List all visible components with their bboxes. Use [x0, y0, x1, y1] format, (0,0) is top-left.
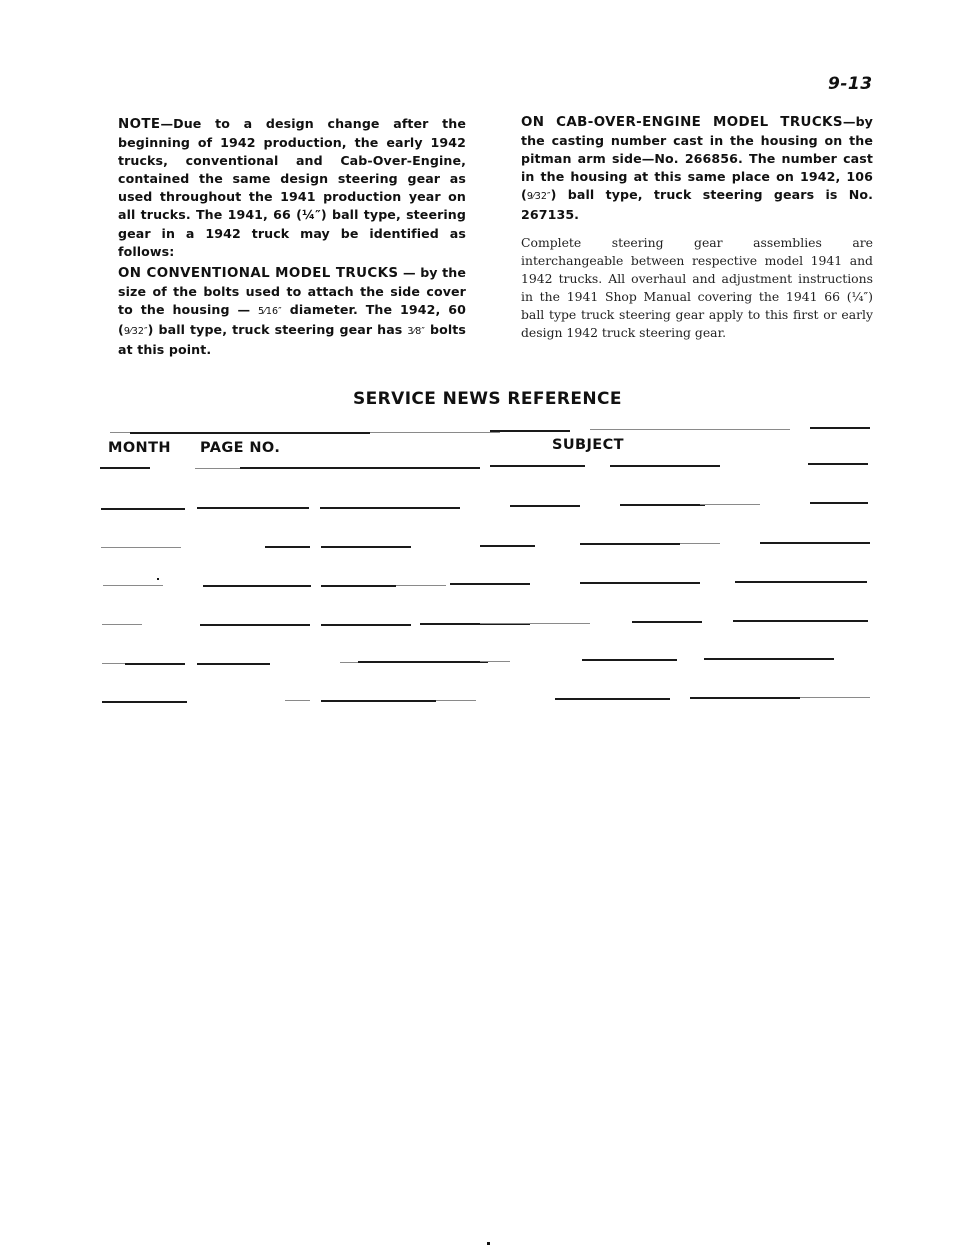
- conventional-paragraph: ON CONVENTIONAL MODEL TRUCKS — by the si…: [118, 264, 466, 359]
- ruled-line: [240, 467, 480, 469]
- ruled-line: [632, 621, 702, 623]
- ruled-line: [620, 504, 705, 506]
- ruled-line: [450, 583, 530, 585]
- column-header-subject: SUBJECT: [552, 437, 624, 453]
- ruled-line: [396, 585, 446, 586]
- ruled-line: [690, 697, 800, 699]
- ruled-line: [580, 582, 700, 584]
- interchange-paragraph: Complete steering gear assemblies are in…: [521, 234, 873, 343]
- note-paragraph: NOTE—Due to a design change after the be…: [118, 115, 466, 261]
- coe-lead: ON CAB-OVER-ENGINE MODEL TRUCKS: [521, 115, 843, 130]
- ruled-line: [102, 701, 187, 703]
- ruled-line: [800, 697, 870, 698]
- ruled-line: [610, 465, 720, 467]
- ruled-line: [480, 545, 535, 547]
- ruled-line: [810, 427, 870, 429]
- ruled-line: [555, 698, 670, 700]
- ruled-line: [200, 624, 310, 626]
- ruled-line: [321, 546, 411, 548]
- ruled-line: [102, 624, 142, 625]
- ruled-line: [125, 663, 185, 665]
- ruled-line: [735, 581, 867, 583]
- ruled-line: [358, 661, 488, 663]
- ruled-line: [480, 661, 510, 662]
- column-header-month: MONTH: [108, 440, 171, 456]
- note-text: —Due to a design change after the beginn…: [118, 116, 466, 259]
- fraction: 9⁄32″: [124, 326, 148, 337]
- ruled-line: [285, 700, 310, 701]
- conventional-text: ) ball type, truck steering gear has: [148, 322, 408, 337]
- fraction: 5⁄16″: [258, 306, 282, 317]
- ruled-line: [370, 432, 500, 433]
- page-number: 9-13: [828, 74, 873, 94]
- ruled-line: [808, 463, 868, 465]
- ruled-line: [320, 507, 460, 509]
- ruled-line: [321, 624, 411, 626]
- ruled-line: [760, 542, 870, 544]
- note-lead: NOTE: [118, 117, 160, 132]
- ruled-line: [582, 659, 677, 661]
- ruled-line: [490, 465, 585, 467]
- print-speck: [157, 578, 159, 580]
- ruled-line: [101, 547, 181, 548]
- fraction: 3⁄8″: [407, 326, 425, 337]
- ruled-line: [580, 543, 680, 545]
- ruled-line: [100, 467, 150, 469]
- right-column: ON CAB-OVER-ENGINE MODEL TRUCKS—by the c…: [521, 113, 873, 342]
- ruled-line: [203, 585, 311, 587]
- ruled-line: [810, 502, 868, 504]
- ruled-line: [197, 507, 309, 509]
- coe-paragraph: ON CAB-OVER-ENGINE MODEL TRUCKS—by the c…: [521, 113, 873, 225]
- ruled-line: [197, 663, 270, 665]
- service-news-title: SERVICE NEWS REFERENCE: [353, 389, 622, 409]
- print-speck: [487, 1242, 490, 1245]
- left-column: NOTE—Due to a design change after the be…: [118, 115, 466, 359]
- ruled-line: [700, 504, 760, 505]
- conventional-lead: ON CONVENTIONAL MODEL TRUCKS: [118, 266, 398, 281]
- coe-text: ) ball type, truck steering gears is No.…: [521, 187, 873, 222]
- ruled-line: [480, 623, 590, 624]
- fraction: 9⁄32″: [527, 191, 551, 202]
- ruled-line: [490, 430, 570, 432]
- ruled-line: [101, 508, 185, 510]
- ruled-line: [733, 620, 868, 622]
- ruled-line: [510, 505, 580, 507]
- ruled-line: [704, 658, 834, 660]
- ruled-line: [590, 429, 790, 430]
- ruled-line: [680, 543, 720, 544]
- ruled-line: [103, 585, 163, 586]
- ruled-line: [340, 662, 360, 663]
- ruled-line: [265, 546, 310, 548]
- column-header-page-no: PAGE NO.: [200, 440, 280, 456]
- ruled-line: [436, 700, 476, 701]
- ruled-line: [321, 700, 436, 702]
- ruled-line: [321, 585, 396, 587]
- ruled-line: [130, 432, 370, 434]
